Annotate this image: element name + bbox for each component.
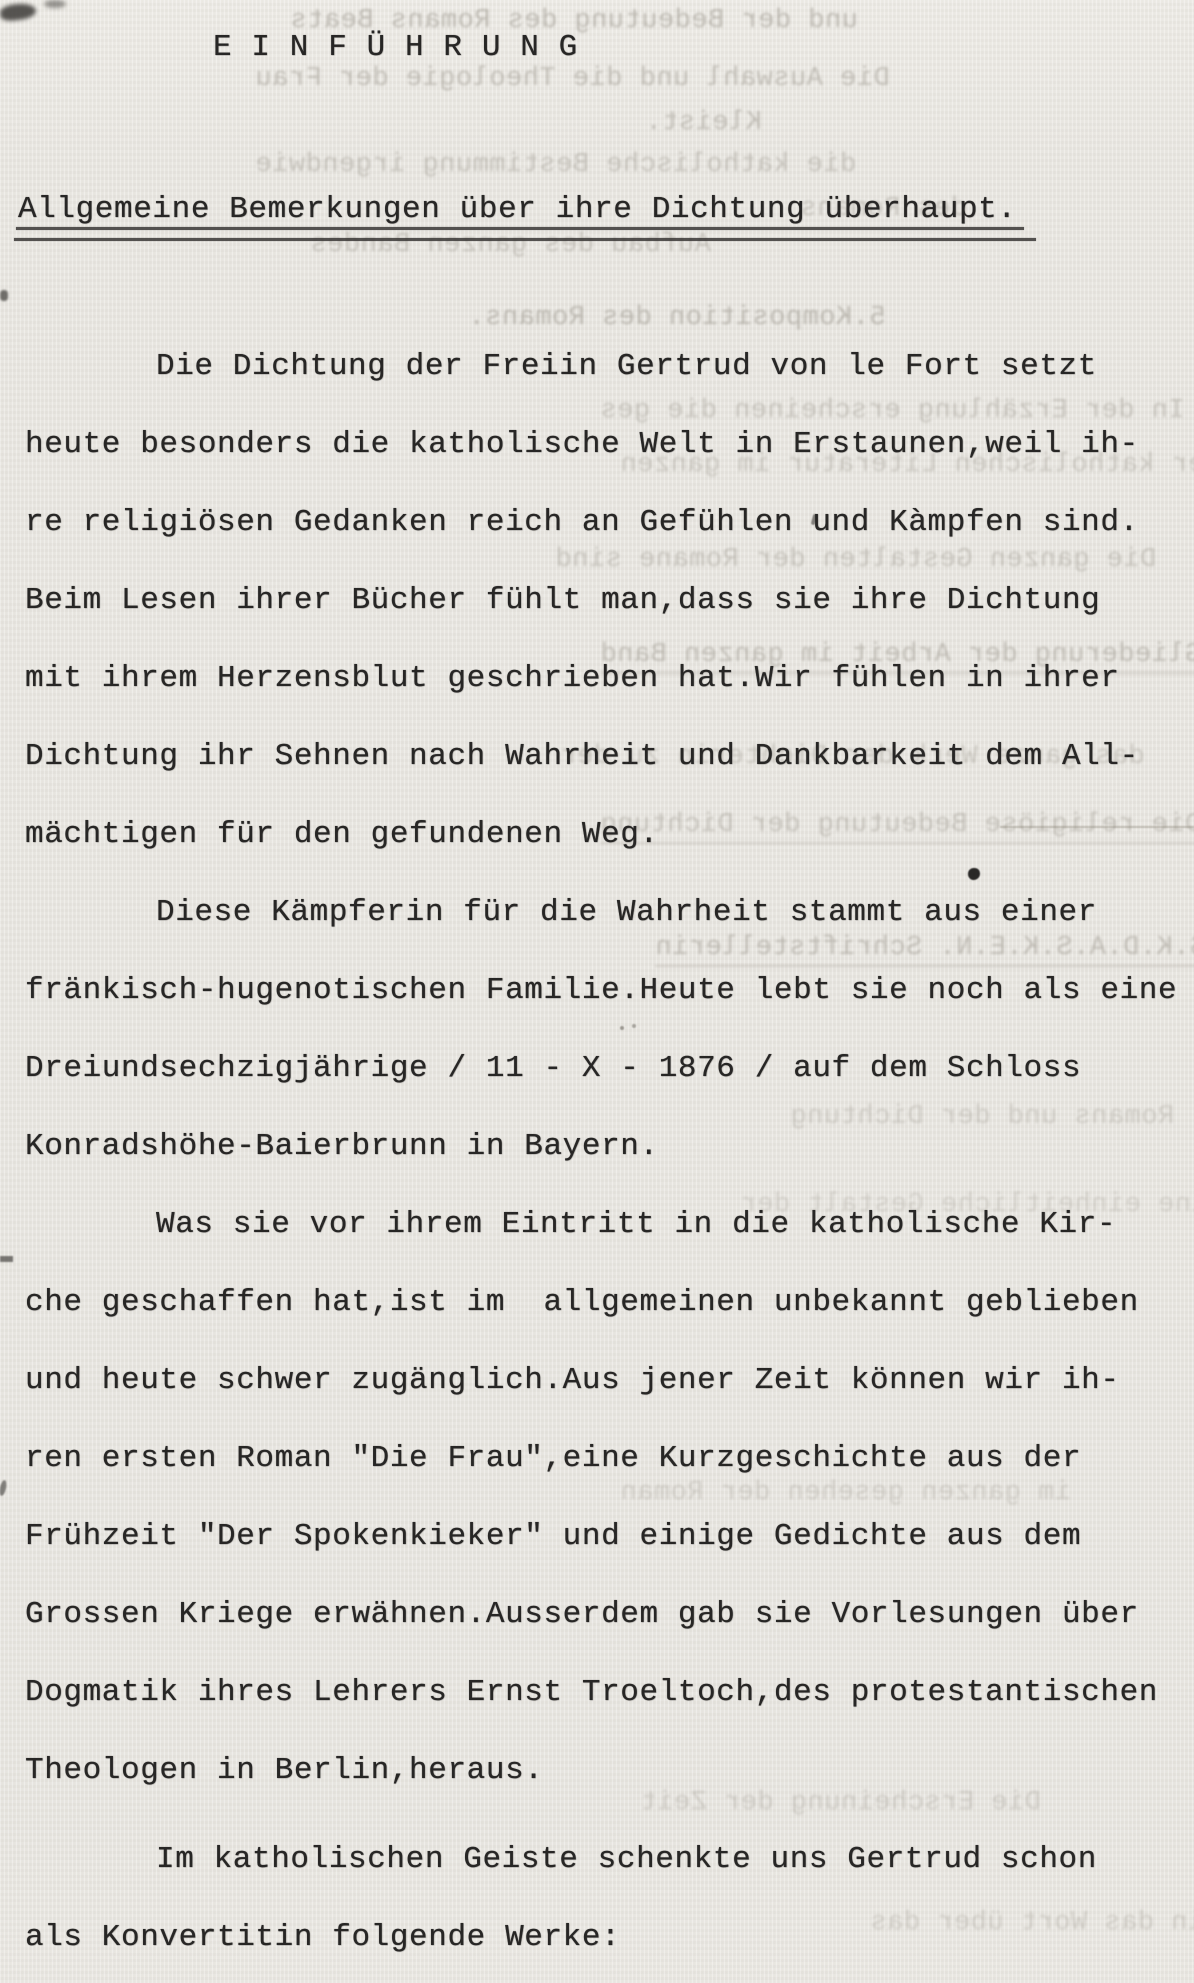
text-line: fränkisch-hugenotischen Familie.Heute le… — [25, 952, 1175, 1030]
bleedthrough-line: Die Auswahl und die Theologie der Frau — [255, 64, 890, 94]
ink-smudge — [0, 2, 37, 22]
typescript-page: und der Bedeutung des Romans BeatsDie Au… — [0, 0, 1194, 1983]
text-line: Dreiundsechzigjährige / 11 - X - 1876 / … — [25, 1030, 1175, 1108]
text-line: heute besonders die katholische Welt in … — [25, 406, 1175, 484]
ink-smudge — [44, 0, 66, 8]
bleedthrough-line: Aufbau des ganzen Bandes — [310, 230, 711, 260]
text-line: Grossen Kriege erwähnen.Ausserdem gab si… — [25, 1576, 1175, 1654]
text-line: che geschaffen hat,ist im allgemeinen un… — [25, 1264, 1175, 1342]
text-line: Konradshöhe-Baierbrunn in Bayern. — [25, 1108, 1175, 1186]
text-line: Dichtung ihr Sehnen nach Wahrheit und Da… — [25, 718, 1175, 796]
edge-mark — [0, 1480, 8, 1497]
edge-mark — [0, 290, 8, 301]
text-line: Theologen in Berlin,heraus. — [25, 1732, 1175, 1810]
heading-underline — [14, 238, 1036, 241]
text-line: ren ersten Roman "Die Frau",eine Kurzges… — [25, 1420, 1175, 1498]
text-line: als Konvertitin folgende Werke: — [25, 1899, 1175, 1977]
text-line: mit ihrem Herzensblut geschrieben hat.Wi… — [25, 640, 1175, 718]
heading-underline — [16, 227, 1024, 230]
text-line: Die Dichtung der Freiin Gertrud von le F… — [25, 328, 1175, 406]
bleedthrough-line: Kleist. — [645, 108, 762, 138]
text-line: mächtigen für den gefundenen Weg. — [25, 796, 1175, 874]
edge-mark — [0, 1256, 13, 1262]
text-line: Diese Kämpferin für die Wahrheit stammt … — [25, 874, 1175, 952]
body-lines: Die Dichtung der Freiin Gertrud von le F… — [25, 328, 1175, 1977]
text-line: Frühzeit "Der Spokenkieker" und einige G… — [25, 1498, 1175, 1576]
text-line: Beim Lesen ihrer Bücher fühlt man,dass s… — [25, 562, 1175, 640]
text-line: Dogmatik ihres Lehrers Ernst Troeltoch,d… — [25, 1654, 1175, 1732]
text-line: und heute schwer zugänglich.Aus jener Ze… — [25, 1342, 1175, 1420]
text-line: re religiösen Gedanken reich an Gefühlen… — [25, 484, 1175, 562]
text-line: Im katholischen Geiste schenkte uns Gert… — [25, 1821, 1175, 1899]
text-line: Was sie vor ihrem Eintritt in die kathol… — [25, 1186, 1175, 1264]
section-heading: Allgemeine Bemerkungen über ihre Dichtun… — [18, 192, 1017, 227]
bleedthrough-line: die katholische Bestimmung irgendwie — [255, 150, 856, 180]
page-title: E I N F Ü H R U N G — [213, 30, 578, 65]
